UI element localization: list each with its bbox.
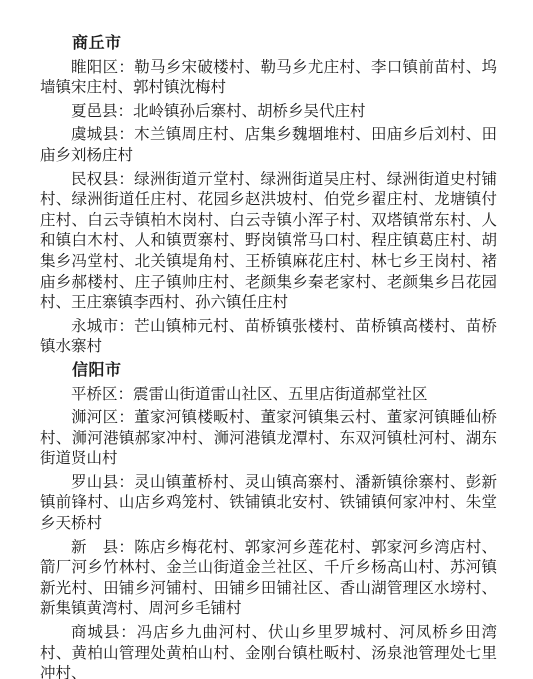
- district-name: 民权县: [71, 171, 118, 188]
- colon-separator: ：: [118, 171, 134, 188]
- colon-separator: ：: [118, 126, 134, 143]
- section-xinyang: 信阳市 平桥区：震雷山街道雷山社区、五里店街道郝堂社区 浉河区：董家河镇楼畈村、…: [40, 361, 497, 679]
- district-name: 永城市: [71, 318, 118, 335]
- document-page: 商丘市 睢阳区：勒马乡宋破楼村、勒马乡尤庄村、李口镇前苗村、坞墙镇宋庄村、郭村镇…: [0, 0, 533, 679]
- village-list: 绿洲街道亓堂村、绿洲街道吴庄村、绿洲街道史村铺村、绿洲街道任庄村、花园乡赵洪坡村…: [40, 171, 497, 312]
- village-list: 震雷山街道雷山社区、五里店街道郝堂社区: [133, 386, 428, 403]
- district-name: 夏邑县: [71, 103, 118, 120]
- district-name: 浉河区: [71, 409, 118, 426]
- district-name: 虞城县: [71, 126, 118, 143]
- district-name: 平桥区: [71, 386, 118, 403]
- village-list: 北岭镇孙后寨村、胡桥乡吴代庄村: [133, 103, 366, 120]
- district-name: 睢阳区: [71, 59, 118, 76]
- colon-separator: ：: [118, 474, 134, 491]
- colon-separator: ：: [118, 103, 134, 120]
- entry-pingqiao-district: 平桥区：震雷山街道雷山社区、五里店街道郝堂社区: [40, 385, 497, 406]
- colon-separator: ：: [118, 409, 134, 426]
- entry-yongcheng-city: 永城市：芒山镇柿元村、苗桥镇张楼村、苗桥镇高楼村、苗桥镇水寨村: [40, 317, 497, 358]
- entry-suiyang-district: 睢阳区：勒马乡宋破楼村、勒马乡尤庄村、李口镇前苗村、坞墙镇宋庄村、郭村镇沈梅村: [40, 58, 497, 99]
- district-name: 商城县: [71, 624, 120, 641]
- colon-separator: ：: [120, 624, 136, 641]
- district-name: 罗山县: [71, 474, 118, 491]
- city-heading-shangqiu: 商丘市: [40, 34, 497, 55]
- district-name: 新 县: [71, 539, 118, 556]
- entry-shihe-district: 浉河区：董家河镇楼畈村、董家河镇集云村、董家河镇睡仙桥村、浉河港镇郝家冲村、浉河…: [40, 408, 497, 470]
- colon-separator: ：: [118, 318, 134, 335]
- section-shangqiu: 商丘市 睢阳区：勒马乡宋破楼村、勒马乡尤庄村、李口镇前苗村、坞墙镇宋庄村、郭村镇…: [40, 34, 497, 358]
- colon-separator: ：: [118, 539, 134, 556]
- entry-shangcheng-county: 商城县：冯店乡九曲河村、伏山乡里罗城村、河凤桥乡田湾村、黄柏山管理处黄柏山村、金…: [40, 623, 497, 679]
- entry-xin-county: 新 县：陈店乡梅花村、郭家河乡莲花村、郭家河乡湾店村、箭厂河乡竹林村、金兰山街道…: [40, 538, 497, 620]
- colon-separator: ：: [118, 59, 134, 76]
- colon-separator: ：: [118, 386, 134, 403]
- city-heading-xinyang: 信阳市: [40, 361, 497, 382]
- entry-yucheng-county: 虞城县：木兰镇周庄村、店集乡魏堌堆村、田庙乡后刘村、田庙乡刘杨庄村: [40, 125, 497, 166]
- entry-luoshan-county: 罗山县：灵山镇董桥村、灵山镇高寨村、潘新镇徐寨村、彭新镇前锋村、山店乡鸡笼村、铁…: [40, 473, 497, 535]
- entry-minquan-county: 民权县：绿洲街道亓堂村、绿洲街道吴庄村、绿洲街道史村铺村、绿洲街道任庄村、花园乡…: [40, 170, 497, 314]
- entry-xiayi-county: 夏邑县：北岭镇孙后寨村、胡桥乡吴代庄村: [40, 102, 497, 123]
